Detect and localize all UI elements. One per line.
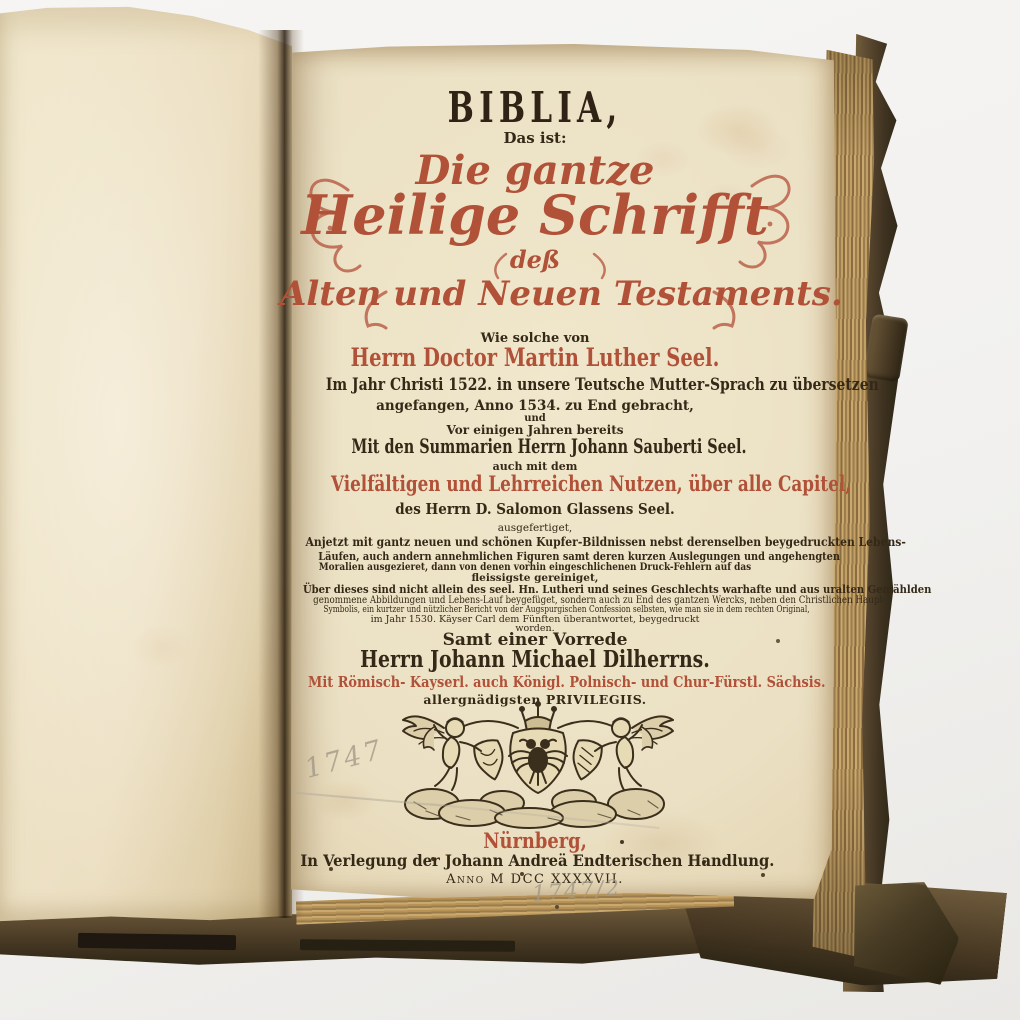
title-line-heilige-schrifft: Heilige Schrifft bbox=[280, 187, 790, 244]
cherub-left-icon bbox=[403, 716, 481, 790]
side-shield-left bbox=[472, 738, 508, 783]
title-page-text: BIBLIA, Das ist: Die gantze Heilige Schr… bbox=[280, 0, 790, 1020]
blank-left-page bbox=[0, 6, 292, 922]
title-line-das-ist: Das ist: bbox=[280, 131, 790, 147]
cloud-base-icon bbox=[405, 789, 664, 828]
line-nutzen-capitel: Vielfältigen und Lehrreichen Nutzen, übe… bbox=[331, 473, 739, 495]
binding-strap bbox=[78, 933, 236, 950]
line-nuernberg: Nürnberg, bbox=[318, 830, 752, 852]
paragraph2-line1: Über dieses sind nicht allein des seel. … bbox=[303, 584, 767, 596]
paragraph1-line1: Anjetzt mit gantz neuen und schönen Kupf… bbox=[306, 536, 765, 549]
side-shield-right bbox=[568, 738, 604, 783]
line-salomon-glassens: des Herrn D. Salomon Glassens Seel. bbox=[306, 502, 765, 518]
printer-emblem-engraving bbox=[398, 698, 678, 830]
line-dilherrns: Herrn Johann Michael Dilherrns. bbox=[326, 648, 744, 672]
cherub-right-icon bbox=[595, 716, 673, 790]
photograph-antique-bible: BIBLIA, Das ist: Die gantze Heilige Schr… bbox=[0, 0, 1020, 1020]
title-line-testaments: Alten und Neuen Testaments. bbox=[280, 277, 790, 313]
line-angefangen: angefangen, Anno 1534. zu End gebracht, bbox=[280, 399, 790, 413]
line-ausgefertiget: ausgefertiget, bbox=[280, 523, 790, 534]
line-privileg-red: Mit Römisch- Kayserl. auch Königl. Polni… bbox=[308, 675, 762, 690]
crown-icon bbox=[520, 702, 556, 731]
foxing-specks bbox=[0, 0, 2, 2]
line-martin-luther: Herrn Doctor Martin Luther Seel. bbox=[336, 345, 734, 371]
line-summarien-sauberti: Mit den Summarien Herrn Johann Sauberti … bbox=[351, 436, 718, 457]
line-publisher: In Verlegung der Johann Andreä Endterisc… bbox=[300, 853, 769, 870]
line-im-jahr-christi: Im Jahr Christi 1522. in unsere Teutsche… bbox=[326, 377, 744, 395]
title-line-dess: deß bbox=[280, 247, 790, 272]
title-line-biblia: BIBLIA, bbox=[346, 86, 723, 130]
